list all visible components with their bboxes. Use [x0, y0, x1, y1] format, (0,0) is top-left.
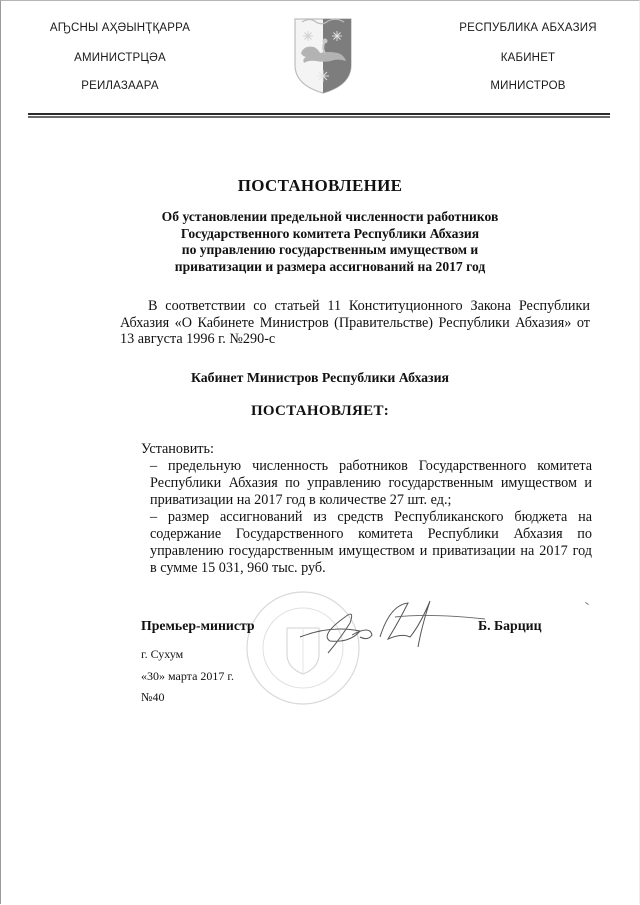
subject-line: Государственного комитета Республики Абх…	[100, 226, 560, 243]
signature-icon	[290, 595, 490, 665]
header-divider	[28, 113, 610, 115]
document-city: г. Сухум	[141, 647, 183, 662]
subject-line: по управлению государственным имуществом…	[100, 242, 560, 259]
subject-line: Об установлении предельной численности р…	[100, 209, 560, 226]
document-subject: Об установлении предельной численности р…	[100, 209, 560, 275]
establish-label: Установить:	[141, 441, 214, 458]
subject-line: приватизации и размера ассигнований на 2…	[100, 259, 560, 276]
header-right-line2: КАБИНЕТ	[418, 52, 638, 64]
decree-item: – предельную численность работников Госу…	[150, 458, 592, 509]
coat-of-arms-icon	[292, 13, 354, 95]
document-title: ПОСТАНОВЛЕНИЕ	[0, 176, 640, 196]
decrees-heading: ПОСТАНОВЛЯЕТ:	[0, 403, 640, 420]
header-left-line3: РЕИЛАЗААРА	[10, 80, 230, 92]
issuer: Кабинет Министров Республики Абхазия	[0, 370, 640, 386]
document-date: «30» марта 2017 г.	[141, 669, 234, 684]
document-number: №40	[141, 690, 164, 705]
signatory-position: Премьер-министр	[141, 618, 255, 634]
preamble: В соответствии со статьей 11 Конституцио…	[120, 298, 590, 348]
header-left-line1: АҦСНЫ АҲӘЫНҬҚАРРА	[10, 22, 230, 34]
header-right-line3: МИНИСТРОВ	[418, 80, 638, 92]
signatory-name: Б. Барциц	[478, 618, 542, 634]
page-frame	[0, 0, 640, 904]
header-left-line2: АМИНИСТРЦӘА	[10, 52, 230, 64]
header-divider-secondary	[28, 116, 610, 118]
preamble-text: В соответствии со статьей 11 Конституцио…	[120, 298, 590, 347]
header-right-line1: РЕСПУБЛИКА АБХАЗИЯ	[418, 22, 638, 34]
decree-item: – размер ассигнований из средств Республ…	[150, 509, 592, 577]
